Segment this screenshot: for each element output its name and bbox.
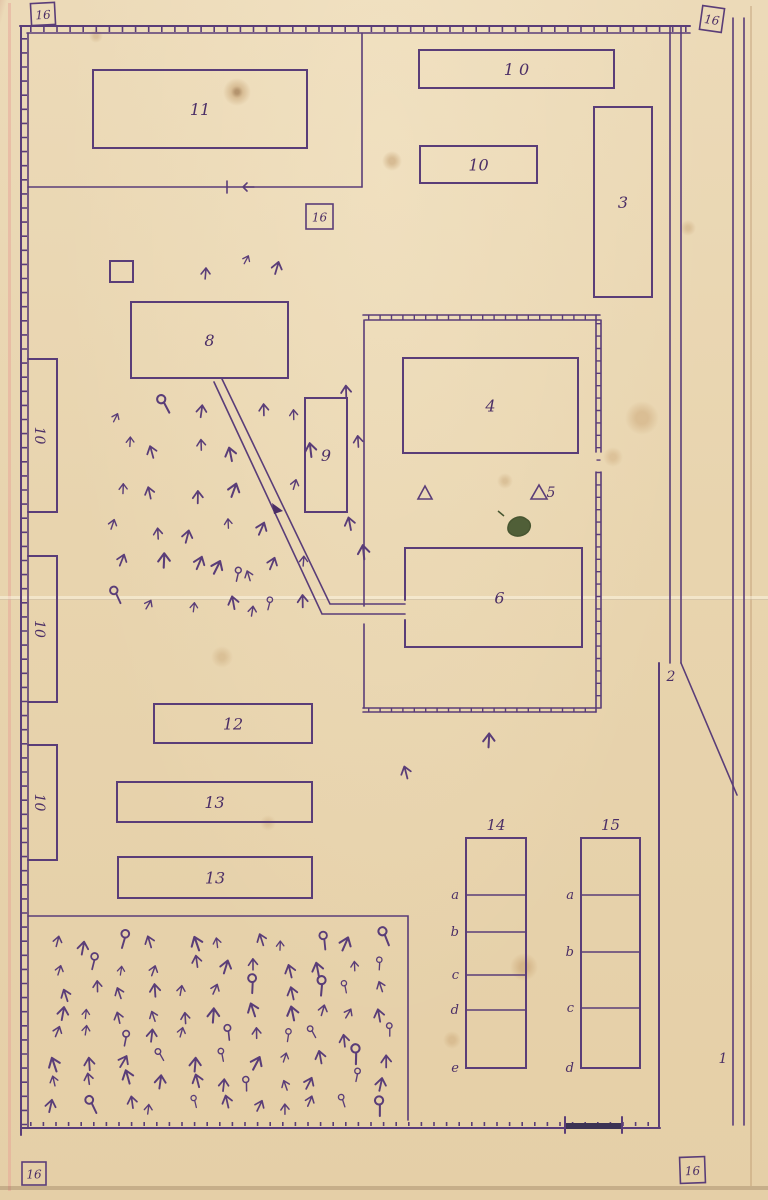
tree-conifer-icon (190, 603, 198, 612)
tree-conifer-icon (48, 1075, 59, 1087)
tree-deciduous-icon (375, 957, 382, 970)
building-8-label: 8 (204, 331, 214, 350)
tree-conifer-icon (381, 1055, 392, 1068)
tree-conifer-icon (299, 556, 307, 566)
tree-deciduous-icon (373, 1096, 383, 1116)
mark-top-right-label: 16 (703, 12, 720, 28)
tree-conifer-icon (207, 1008, 219, 1022)
tree-conifer-icon (45, 1099, 57, 1113)
tree-deciduous-icon (119, 1030, 130, 1046)
tree-conifer-icon (77, 941, 89, 955)
tree-conifer-icon (350, 961, 359, 971)
tree-conifer-icon (46, 1056, 63, 1074)
tree-conifer-icon (148, 965, 159, 977)
building-10-west-2-label: 10 (31, 620, 47, 638)
tree-conifer-icon (143, 935, 156, 949)
tree-conifer-icon (245, 1001, 261, 1018)
tree-conifer-icon (155, 1075, 166, 1089)
tree-conifer-icon (310, 961, 325, 977)
tree-conifer-icon (219, 959, 232, 974)
tree-conifer-icon (399, 765, 413, 780)
mark-top-left-label: 16 (35, 8, 51, 23)
tree-deciduous-icon (319, 932, 327, 950)
tree-conifer-icon (340, 385, 352, 399)
tree-conifer-icon (192, 555, 206, 571)
building-10-top-label: 1 0 (504, 60, 529, 79)
tree-conifer-icon (120, 1068, 135, 1085)
tree-conifer-icon (116, 1054, 131, 1070)
compound-fence (363, 315, 601, 712)
tree-conifer-icon (177, 1027, 187, 1038)
tree-conifer-icon (280, 1052, 290, 1063)
tree-conifer-icon (285, 986, 299, 1001)
tree-conifer-icon (52, 1025, 63, 1038)
tree-deciduous-icon (109, 586, 122, 605)
tree-conifer-icon (177, 985, 186, 996)
small-hut (110, 261, 133, 282)
tree-conifer-icon (126, 1095, 138, 1109)
tree-conifer-icon (226, 595, 240, 610)
building-13-b-label: 13 (205, 869, 225, 888)
tree-conifer-icon (280, 1104, 289, 1115)
tree-conifer-icon (144, 1104, 152, 1114)
building-4-label: 4 (484, 397, 495, 416)
tree-conifer-icon (248, 958, 258, 970)
table-14-title: 14 (486, 816, 505, 834)
tree-conifer-icon (82, 1009, 90, 1018)
tree-conifer-icon (59, 988, 73, 1003)
gate-mark (565, 1117, 622, 1133)
tree-deciduous-icon (156, 394, 171, 415)
tree-conifer-icon (153, 528, 163, 540)
tree-conifer-icon (271, 261, 283, 275)
building-11-label: 11 (190, 100, 210, 119)
tree-conifer-icon (83, 1057, 95, 1071)
tree-conifer-icon (254, 521, 268, 537)
tree-conifer-icon (143, 486, 156, 500)
tree-deciduous-icon (352, 1067, 361, 1081)
tree-conifer-icon (112, 1011, 124, 1024)
tree-deciduous-icon (242, 1076, 249, 1091)
tree-deciduous-icon (385, 1023, 392, 1037)
tree-conifer-icon (209, 983, 220, 996)
tree-conifer-icon (258, 404, 269, 416)
tree-conifer-icon (342, 1007, 354, 1020)
tree-deciduous-icon (246, 974, 257, 994)
tree-conifer-icon (54, 965, 64, 976)
tree-conifer-icon (158, 553, 170, 568)
divider-arrow (243, 183, 254, 191)
tent-triangle-icon (531, 485, 547, 499)
tree-conifer-icon (338, 1034, 350, 1048)
tree-conifer-icon (119, 484, 128, 494)
tree-conifer-icon (196, 405, 206, 418)
table-14-row-label: b (451, 925, 459, 940)
tree-conifer-icon (285, 1005, 300, 1022)
tree-deciduous-icon (232, 566, 242, 581)
tree-conifer-icon (283, 963, 297, 978)
road-inner (670, 27, 737, 795)
table-14-row-label: e (451, 1061, 459, 1076)
tree-conifer-icon (314, 1050, 327, 1065)
table-15 (581, 838, 640, 1068)
table-14 (466, 838, 526, 1068)
tree-conifer-icon (280, 1079, 292, 1092)
table-15-row-label: c (567, 1001, 575, 1016)
tree-conifer-icon (289, 409, 298, 420)
tree-deciduous-icon (307, 1025, 317, 1039)
tree-conifer-icon (147, 1010, 159, 1023)
table-15-row-label: b (566, 945, 574, 960)
tree-deciduous-icon (264, 596, 274, 610)
plan-drawing: 111 0103894121313610101014abcde15abcd161… (0, 0, 768, 1200)
tree-conifer-icon (113, 986, 126, 1000)
tree-conifer-icon (266, 556, 279, 571)
table-14-row-label: c (452, 968, 460, 983)
road-outer (733, 18, 744, 1125)
building-13-a-label: 13 (204, 793, 224, 812)
table-15-row-label: a (566, 888, 574, 903)
tree-conifer-icon (180, 1012, 191, 1024)
tree-deciduous-icon (338, 1094, 346, 1108)
tree-conifer-icon (253, 1099, 266, 1113)
tree-conifer-icon (201, 268, 210, 279)
tree-conifer-icon (241, 254, 251, 265)
tree-deciduous-icon (315, 975, 327, 996)
label-1: 1 (719, 1051, 728, 1067)
building-10-west-1-label: 10 (31, 427, 47, 445)
tree-conifer-icon (196, 439, 206, 451)
tree-deciduous-icon (349, 1044, 360, 1065)
tree-conifer-icon (181, 530, 193, 544)
tree-conifer-icon (145, 445, 159, 460)
label-2: 2 (666, 669, 676, 685)
mark-bottom-left-label: 16 (26, 1168, 42, 1182)
tree-conifer-icon (82, 1025, 90, 1035)
tree-conifer-icon (248, 606, 257, 616)
footpath-arrow-mark (272, 503, 283, 514)
tree-conifer-icon (189, 1058, 200, 1072)
tree-deciduous-icon (116, 929, 130, 949)
tree-conifer-icon (252, 1027, 262, 1038)
tree-conifer-icon (318, 1004, 329, 1016)
tree-conifer-icon (338, 935, 353, 952)
tree-conifer-icon (117, 966, 125, 975)
building-10-west-3-label: 10 (31, 794, 47, 812)
tree-conifer-icon (191, 955, 203, 969)
tree-deciduous-icon (341, 980, 347, 993)
tree-conifer-icon (219, 1079, 229, 1091)
building-12-label: 12 (223, 715, 243, 734)
tree-deciduous-icon (84, 1095, 98, 1115)
tree-conifer-icon (143, 598, 154, 610)
table-14-row-label: a (451, 888, 459, 903)
tree-conifer-icon (83, 1072, 94, 1085)
tree-deciduous-icon (283, 1028, 292, 1042)
tree-conifer-icon (302, 1076, 316, 1091)
tree-conifer-icon (189, 935, 205, 953)
tree-conifer-icon (243, 570, 255, 583)
tree-conifer-icon (126, 437, 134, 447)
tree-conifer-icon (255, 932, 269, 947)
tree-conifer-icon (356, 544, 370, 560)
tree-conifer-icon (276, 941, 284, 951)
tree-conifer-icon (52, 936, 62, 948)
tree-conifer-icon (147, 1029, 157, 1042)
tree-deciduous-icon (224, 1025, 231, 1040)
tree-conifer-icon (116, 553, 129, 567)
tree-conifer-icon (190, 1073, 204, 1089)
tree-deciduous-icon (218, 1048, 224, 1061)
tree-deciduous-icon (87, 952, 99, 970)
building-3-label: 3 (618, 193, 628, 212)
building-9-label: 9 (321, 446, 331, 465)
tree-deciduous-icon (191, 1095, 198, 1108)
tree-conifer-icon (57, 1007, 69, 1021)
tree-conifer-icon (209, 559, 225, 576)
tree-conifer-icon (290, 479, 300, 490)
tree-conifer-icon (375, 980, 387, 993)
tree-conifer-icon (353, 435, 364, 448)
tree-conifer-icon (212, 937, 222, 948)
tree-conifer-icon (108, 519, 118, 531)
building-10-mid-label: 10 (468, 156, 488, 175)
tree-conifer-icon (110, 412, 120, 423)
tree-conifer-icon (375, 1077, 387, 1091)
building-6-label: 6 (494, 589, 504, 608)
tree-conifer-icon (192, 491, 203, 504)
mark-inner-label: 16 (312, 211, 328, 225)
tree-conifer-icon (226, 482, 241, 498)
tree-conifer-icon (304, 1095, 316, 1108)
tree-deciduous-icon (377, 926, 390, 947)
tent-triangle-icon (418, 486, 432, 499)
tree-conifer-icon (92, 980, 102, 992)
table-15-title: 15 (601, 816, 620, 834)
table-14-row-label: d (451, 1003, 459, 1018)
tree-conifer-icon (149, 983, 161, 997)
tree-conifer-icon (248, 1055, 264, 1072)
mark-bottom-right-label: 16 (685, 1164, 701, 1179)
tree-conifer-icon (483, 733, 495, 747)
tree-conifer-icon (224, 518, 233, 528)
tree-conifer-icon (297, 595, 308, 608)
ink-blot (498, 511, 530, 536)
tree-conifer-icon (223, 446, 238, 462)
tree-conifer-icon (220, 1094, 233, 1109)
tree-conifer-icon (372, 1008, 385, 1023)
road-diagonal (681, 663, 737, 795)
tree-deciduous-icon (154, 1048, 164, 1062)
table-15-row-label: d (566, 1061, 574, 1076)
footpath (214, 379, 405, 614)
tree-conifer-icon (343, 516, 357, 531)
scanned-plan-page: 111 0103894121313610101014abcde15abcd161… (0, 0, 768, 1200)
label-5: 5 (547, 485, 556, 501)
